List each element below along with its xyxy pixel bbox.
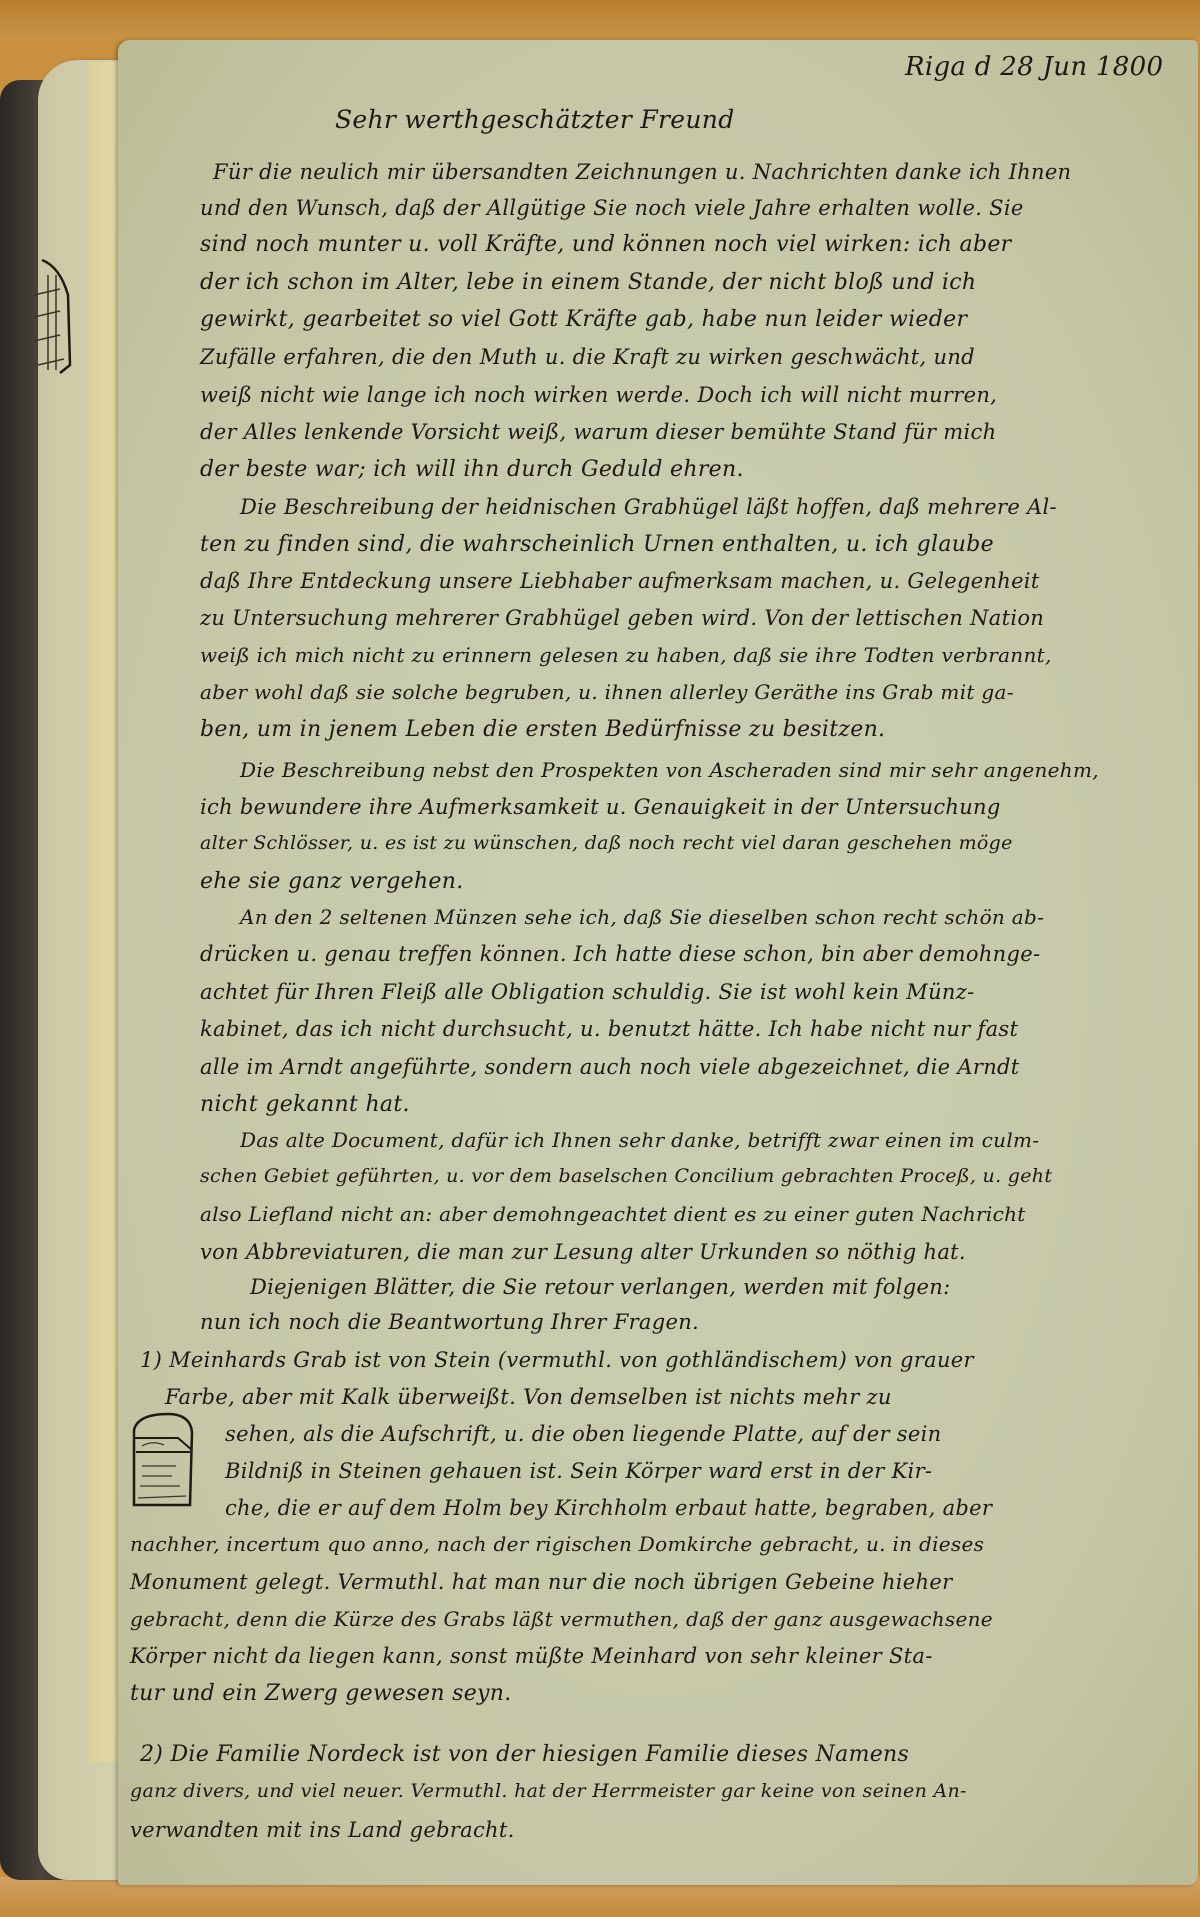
- tombstone-sketch-icon: [128, 1410, 200, 1510]
- text-line: drücken u. genau treffen können. Ich hat…: [200, 942, 1040, 966]
- text-line: Das alte Document, dafür ich Ihnen sehr …: [240, 1128, 1039, 1152]
- text-line: Die Beschreibung der heidnischen Grabhüg…: [240, 495, 1057, 519]
- text-line: ben, um in jenem Leben die ersten Bedürf…: [200, 717, 885, 742]
- letter-dateline: Riga d 28 Jun 1800: [905, 52, 1163, 82]
- text-line: Diejenigen Blätter, die Sie retour verla…: [250, 1275, 950, 1299]
- text-line: weiß nicht wie lange ich noch wirken wer…: [200, 383, 997, 407]
- text-line: ehe sie ganz vergehen.: [200, 869, 464, 894]
- text-line: aber wohl daß sie solche begruben, u. ih…: [200, 680, 1014, 704]
- text-line: weiß ich mich nicht zu erinnern gelesen …: [200, 643, 1052, 667]
- text-line: Monument gelegt. Vermuthl. hat man nur d…: [130, 1570, 952, 1594]
- text-line: kabinet, das ich nicht durchsucht, u. be…: [200, 1017, 1018, 1041]
- text-line: nun ich noch die Beantwortung Ihrer Frag…: [200, 1310, 699, 1334]
- text-line: nicht gekannt hat.: [200, 1092, 410, 1117]
- text-line: 2) Die Familie Nordeck ist von der hiesi…: [140, 1742, 909, 1767]
- text-line: 1) Meinhards Grab ist von Stein (vermuth…: [140, 1348, 974, 1372]
- text-line: sehen, als die Aufschrift, u. die oben l…: [225, 1422, 941, 1446]
- text-line: gebracht, denn die Kürze des Grabs läßt …: [130, 1607, 993, 1631]
- text-line: der ich schon im Alter, lebe in einem St…: [200, 270, 976, 295]
- text-line: Für die neulich mir übersandten Zeichnun…: [213, 160, 1071, 184]
- window-sketch-icon: [30, 255, 80, 375]
- text-line: Bildniß in Steinen gehauen ist. Sein Kör…: [225, 1459, 932, 1483]
- text-line: Die Beschreibung nebst den Prospekten vo…: [240, 758, 1099, 782]
- text-line: Farbe, aber mit Kalk überweißt. Von dems…: [165, 1385, 892, 1409]
- text-line: Körper nicht da liegen kann, sonst müßte…: [130, 1644, 933, 1668]
- text-line: Zufälle erfahren, die den Muth u. die Kr…: [200, 345, 975, 369]
- text-line: tur und ein Zwerg gewesen seyn.: [130, 1681, 512, 1706]
- text-line: verwandten mit ins Land gebracht.: [130, 1818, 515, 1842]
- text-line: gewirkt, gearbeitet so viel Gott Kräfte …: [200, 307, 967, 332]
- text-line: ganz divers, und viel neuer. Vermuthl. h…: [130, 1780, 967, 1802]
- text-line: che, die er auf dem Holm bey Kirchholm e…: [225, 1496, 992, 1520]
- text-line: also Liefland nicht an: aber demohngeach…: [200, 1202, 1026, 1226]
- text-line: sind noch munter u. voll Kräfte, und kön…: [200, 232, 1011, 257]
- text-line: und den Wunsch, daß der Allgütige Sie no…: [200, 196, 1024, 220]
- text-line: der Alles lenkende Vorsicht weiß, warum …: [200, 420, 996, 444]
- letter-salutation: Sehr werthgeschätzter Freund: [335, 105, 735, 134]
- text-line: nachher, incertum quo anno, nach der rig…: [130, 1532, 984, 1556]
- text-line: daß Ihre Entdeckung unsere Liebhaber auf…: [200, 569, 1040, 593]
- text-line: der beste war; ich will ihn durch Geduld…: [200, 457, 744, 482]
- text-line: An den 2 seltenen Münzen sehe ich, daß S…: [240, 905, 1044, 929]
- text-line: achtet für Ihren Fleiß alle Obligation s…: [200, 980, 975, 1004]
- text-line: alter Schlösser, u. es ist zu wünschen, …: [200, 832, 1013, 854]
- text-line: zu Untersuchung mehrerer Grabhügel geben…: [200, 606, 1044, 630]
- text-line: ten zu finden sind, die wahrscheinlich U…: [200, 532, 994, 557]
- text-line: alle im Arndt angeführte, sondern auch n…: [200, 1055, 1020, 1079]
- backing-board-top: [0, 0, 1200, 40]
- text-line: schen Gebiet geführten, u. vor dem basel…: [200, 1165, 1052, 1187]
- text-line: ich bewundere ihre Aufmerksamkeit u. Gen…: [200, 795, 1001, 819]
- text-line: von Abbreviaturen, die man zur Lesung al…: [200, 1240, 966, 1264]
